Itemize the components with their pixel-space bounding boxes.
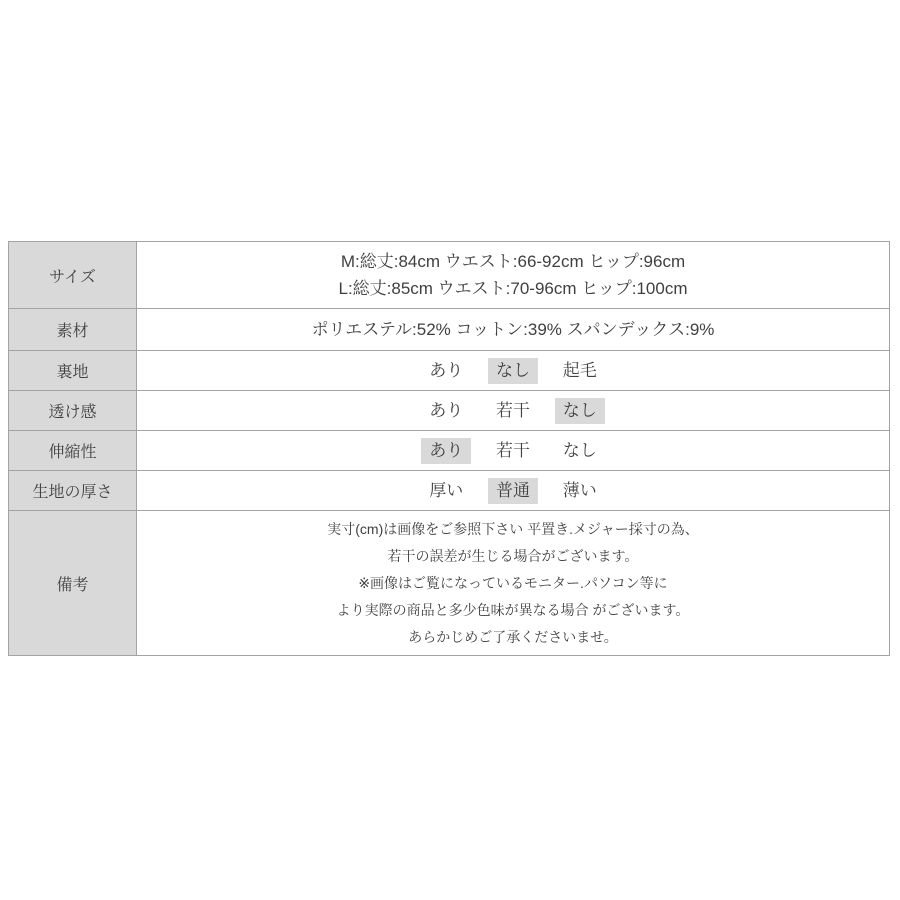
table-row-thickness: 生地の厚さ 厚い 普通 薄い: [9, 471, 890, 511]
table-row-size: サイズ M:総丈:84cm ウエスト:66-92cm ヒップ:96cm L:総丈…: [9, 242, 890, 309]
thickness-options-cell: 厚い 普通 薄い: [137, 471, 890, 511]
sheerness-option-nashi: なし: [555, 398, 605, 424]
material-value-cell: ポリエステル:52% コットン:39% スパンデックス:9%: [137, 309, 890, 351]
row-label-size: サイズ: [9, 242, 137, 309]
notes-line-2: 若干の誤差が生じる場合がございます。: [137, 543, 889, 570]
lining-option-kimou: 起毛: [555, 358, 605, 384]
row-label-lining: 裏地: [9, 351, 137, 391]
table-row-sheerness: 透け感 あり 若干 なし: [9, 391, 890, 431]
notes-line-5: あらかじめご了承くださいませ。: [137, 624, 889, 651]
lining-option-nashi: なし: [488, 358, 538, 384]
stretch-options-cell: あり 若干 なし: [137, 431, 890, 471]
table-row-stretch: 伸縮性 あり 若干 なし: [9, 431, 890, 471]
sheerness-options-cell: あり 若干 なし: [137, 391, 890, 431]
sheerness-option-ari: あり: [421, 398, 471, 424]
table-row-lining: 裏地 あり なし 起毛: [9, 351, 890, 391]
notes-line-3: ※画像はご覧になっているモニター.パソコン等に: [137, 570, 889, 597]
notes-line-1: 実寸(cm)は画像をご参照下さい 平置き.メジャー採寸の為、: [137, 516, 889, 543]
thickness-option-atsui: 厚い: [421, 478, 471, 504]
thickness-option-futsuu: 普通: [488, 478, 538, 504]
stretch-option-nashi: なし: [555, 438, 605, 464]
table-row-material: 素材 ポリエステル:52% コットン:39% スパンデックス:9%: [9, 309, 890, 351]
table-row-notes: 備考 実寸(cm)は画像をご参照下さい 平置き.メジャー採寸の為、 若干の誤差が…: [9, 511, 890, 656]
row-label-sheerness: 透け感: [9, 391, 137, 431]
product-spec-table: サイズ M:総丈:84cm ウエスト:66-92cm ヒップ:96cm L:総丈…: [8, 241, 890, 656]
row-label-thickness: 生地の厚さ: [9, 471, 137, 511]
material-line: ポリエステル:52% コットン:39% スパンデックス:9%: [137, 316, 889, 343]
thickness-option-usui: 薄い: [555, 478, 605, 504]
size-value-cell: M:総丈:84cm ウエスト:66-92cm ヒップ:96cm L:総丈:85c…: [137, 242, 890, 309]
lining-options-cell: あり なし 起毛: [137, 351, 890, 391]
notes-line-4: より実際の商品と多少色味が異なる場合 がございます。: [137, 597, 889, 624]
row-label-material: 素材: [9, 309, 137, 351]
lining-option-ari: あり: [421, 358, 471, 384]
size-line-m: M:総丈:84cm ウエスト:66-92cm ヒップ:96cm: [137, 248, 889, 275]
row-label-stretch: 伸縮性: [9, 431, 137, 471]
size-line-l: L:総丈:85cm ウエスト:70-96cm ヒップ:100cm: [137, 275, 889, 302]
sheerness-option-jakkan: 若干: [488, 398, 538, 424]
row-label-notes: 備考: [9, 511, 137, 656]
notes-value-cell: 実寸(cm)は画像をご参照下さい 平置き.メジャー採寸の為、 若干の誤差が生じる…: [137, 511, 890, 656]
stretch-option-ari: あり: [421, 438, 471, 464]
stretch-option-jakkan: 若干: [488, 438, 538, 464]
